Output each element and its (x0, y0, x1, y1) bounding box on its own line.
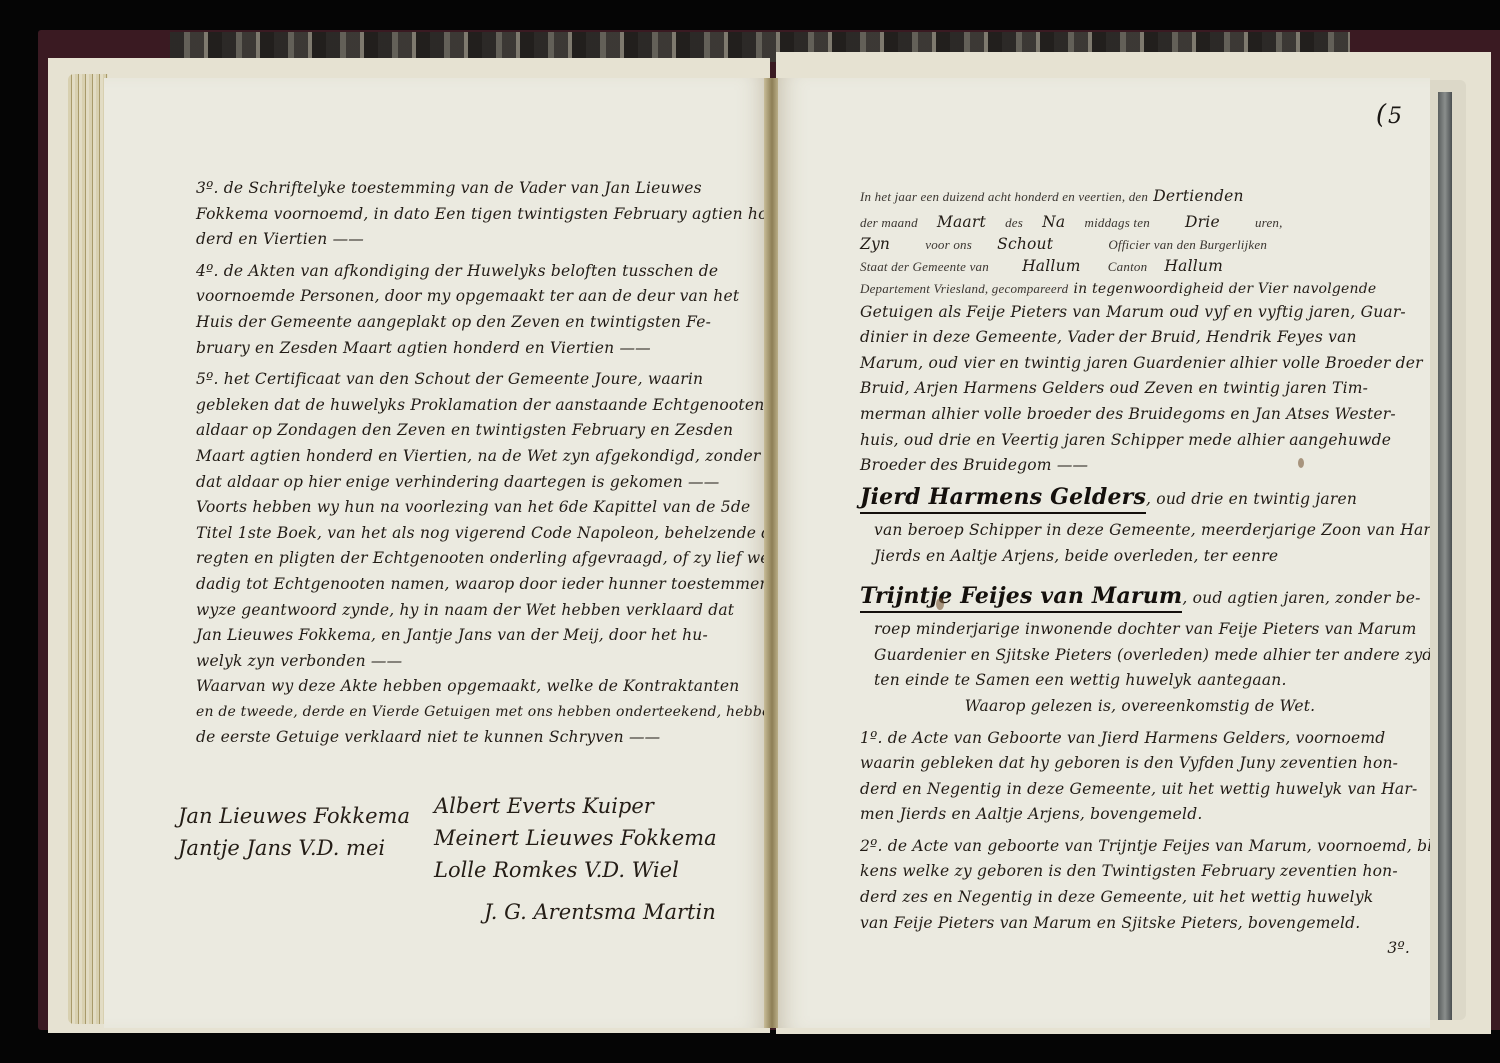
text-line: dadig tot Echtgenooten namen, waarop doo… (196, 572, 756, 598)
text-line: derd en Negentig in deze Gemeente, uit h… (860, 777, 1420, 803)
centered-line: Waarop gelezen is, overeenkomstig de Wet… (860, 694, 1420, 720)
paragraph-3: 3º. de Schriftelyke toestemming van de V… (196, 176, 756, 253)
signature: Lolle Romkes V.D. Wiel (434, 854, 717, 886)
text-line: wyze geantwoord zynde, hy in naam der We… (196, 598, 756, 624)
paragraph-4: 4º. de Akten van afkondiging der Huwelyk… (196, 259, 756, 361)
catchword: 3º. (860, 936, 1420, 962)
text-line: 2º. de Acte van geboorte van Trijntje Fe… (860, 834, 1420, 860)
preamble-line: Staat der Gemeente van Hallum Canton Hal… (860, 254, 1420, 276)
text-line: Marum, oud vier en twintig jaren Guarden… (860, 351, 1420, 377)
signature: Meinert Lieuwes Fokkema (434, 822, 717, 854)
groom-entry: Jierd Harmens Gelders, oud drie en twint… (860, 485, 1420, 515)
text-line: van beroep Schipper in deze Gemeente, me… (860, 518, 1420, 544)
text-line: 1º. de Acte van Geboorte van Jierd Harme… (860, 726, 1420, 752)
text-line: Bruid, Arjen Harmens Gelders oud Zeven e… (860, 376, 1420, 402)
text-line: aldaar op Zondagen den Zeven en twintigs… (196, 418, 756, 444)
text-line: Maart agtien honderd en Viertien, na de … (196, 444, 756, 470)
text-line: merman alhier volle broeder des Bruidego… (860, 402, 1420, 428)
bride-entry: Trijntje Feijes van Marum, oud agtien ja… (860, 584, 1420, 614)
text-line: derd zes en Negentig in deze Gemeente, u… (860, 885, 1420, 911)
signatures-left: Jan Lieuwes Fokkema Jantje Jans V.D. mei (178, 800, 410, 864)
text-line: de eerste Getuige verklaard niet te kunn… (196, 725, 756, 751)
text-line: Jan Lieuwes Fokkema, en Jantje Jans van … (196, 623, 756, 649)
text-line: Huis der Gemeente aangeplakt op den Zeve… (196, 310, 756, 336)
text-line: Guardenier en Sjitske Pieters (overleden… (860, 643, 1420, 669)
text-line: Jierds en Aaltje Arjens, beide overleden… (860, 544, 1420, 570)
left-page: 3º. de Schriftelyke toestemming van de V… (104, 78, 766, 1028)
text-line: 3º. de Schriftelyke toestemming van de V… (196, 176, 756, 202)
text-line: men Jierds en Aaltje Arjens, bovengemeld… (860, 802, 1420, 828)
text-line: regten en pligten der Echtgenooten onder… (196, 546, 756, 572)
text-line: ten einde te Samen een wettig huwelyk aa… (860, 668, 1420, 694)
text-line: 4º. de Akten van afkondiging der Huwelyk… (196, 259, 756, 285)
right-edge-band (1438, 92, 1452, 1020)
text-line: Broeder des Bruidegom —— (860, 453, 1420, 479)
text-line: kens welke zy geboren is den Twintigsten… (860, 859, 1420, 885)
right-page: (5 In het jaar een duizend acht honderd … (778, 78, 1430, 1028)
left-page-edges (68, 74, 108, 1024)
text-line: van Feije Pieters van Marum en Sjitske P… (860, 911, 1420, 937)
bride-name: Trijntje Feijes van Marum (860, 584, 1182, 614)
text-line: huis, oud drie en Veertig jaren Schipper… (860, 428, 1420, 454)
text-line: en de tweede, derde en Vierde Getuigen m… (196, 700, 756, 726)
text-line: dinier in deze Gemeente, Vader der Bruid… (860, 325, 1420, 351)
signature: Albert Everts Kuiper (434, 790, 717, 822)
paragraph-7: Waarvan wy deze Akte hebben opgemaakt, w… (196, 674, 756, 751)
preamble-line: Zyn voor ons Schout Officier van den Bur… (860, 232, 1420, 254)
text-line: bruary en Zesden Maart agtien honderd en… (196, 336, 756, 362)
text-line: gebleken dat de huwelyks Proklamation de… (196, 393, 756, 419)
text-line: welyk zyn verbonden —— (196, 649, 756, 675)
right-page-body: In het jaar een duizend acht honderd en … (860, 184, 1420, 962)
signature: Jan Lieuwes Fokkema (178, 800, 410, 832)
text-line: dat aldaar op hier enige verhindering da… (196, 470, 756, 496)
page-number: (5 (1376, 100, 1402, 130)
text-line: 5º. het Certificaat van den Schout der G… (196, 367, 756, 393)
ink-stain (936, 598, 944, 610)
text-line: Getuigen als Feije Pieters van Marum oud… (860, 300, 1420, 326)
paragraph-5: 5º. het Certificaat van den Schout der G… (196, 367, 756, 495)
signature: Jantje Jans V.D. mei (178, 832, 410, 864)
text-line: derd en Viertien —— (196, 227, 756, 253)
preamble-line: Departement Vriesland, gecompareerd in t… (860, 276, 1420, 300)
text-line: Titel 1ste Boek, van het als nog vigeren… (196, 521, 756, 547)
text-line: voornoemde Personen, door my opgemaakt t… (196, 284, 756, 310)
paragraph-6: Voorts hebben wy hun na voorlezing van h… (196, 495, 756, 674)
text-line: Waarvan wy deze Akte hebben opgemaakt, w… (196, 674, 756, 700)
groom-name: Jierd Harmens Gelders (860, 485, 1146, 515)
text-line: Voorts hebben wy hun na voorlezing van h… (196, 495, 756, 521)
signature-officer: J. G. Arentsma Martin (484, 896, 717, 928)
preamble-line: der maand Maart des Na middags ten Drie … (860, 210, 1420, 232)
ink-stain (1298, 458, 1304, 468)
signatures-right: Albert Everts Kuiper Meinert Lieuwes Fok… (434, 790, 717, 928)
left-page-body: 3º. de Schriftelyke toestemming van de V… (196, 176, 756, 751)
text-line: roep minderjarige inwonende dochter van … (860, 617, 1420, 643)
text-line: waarin gebleken dat hy geboren is den Vy… (860, 751, 1420, 777)
preamble-line: In het jaar een duizend acht honderd en … (860, 184, 1420, 210)
text-line: Fokkema voornoemd, in dato Een tigen twi… (196, 202, 756, 228)
